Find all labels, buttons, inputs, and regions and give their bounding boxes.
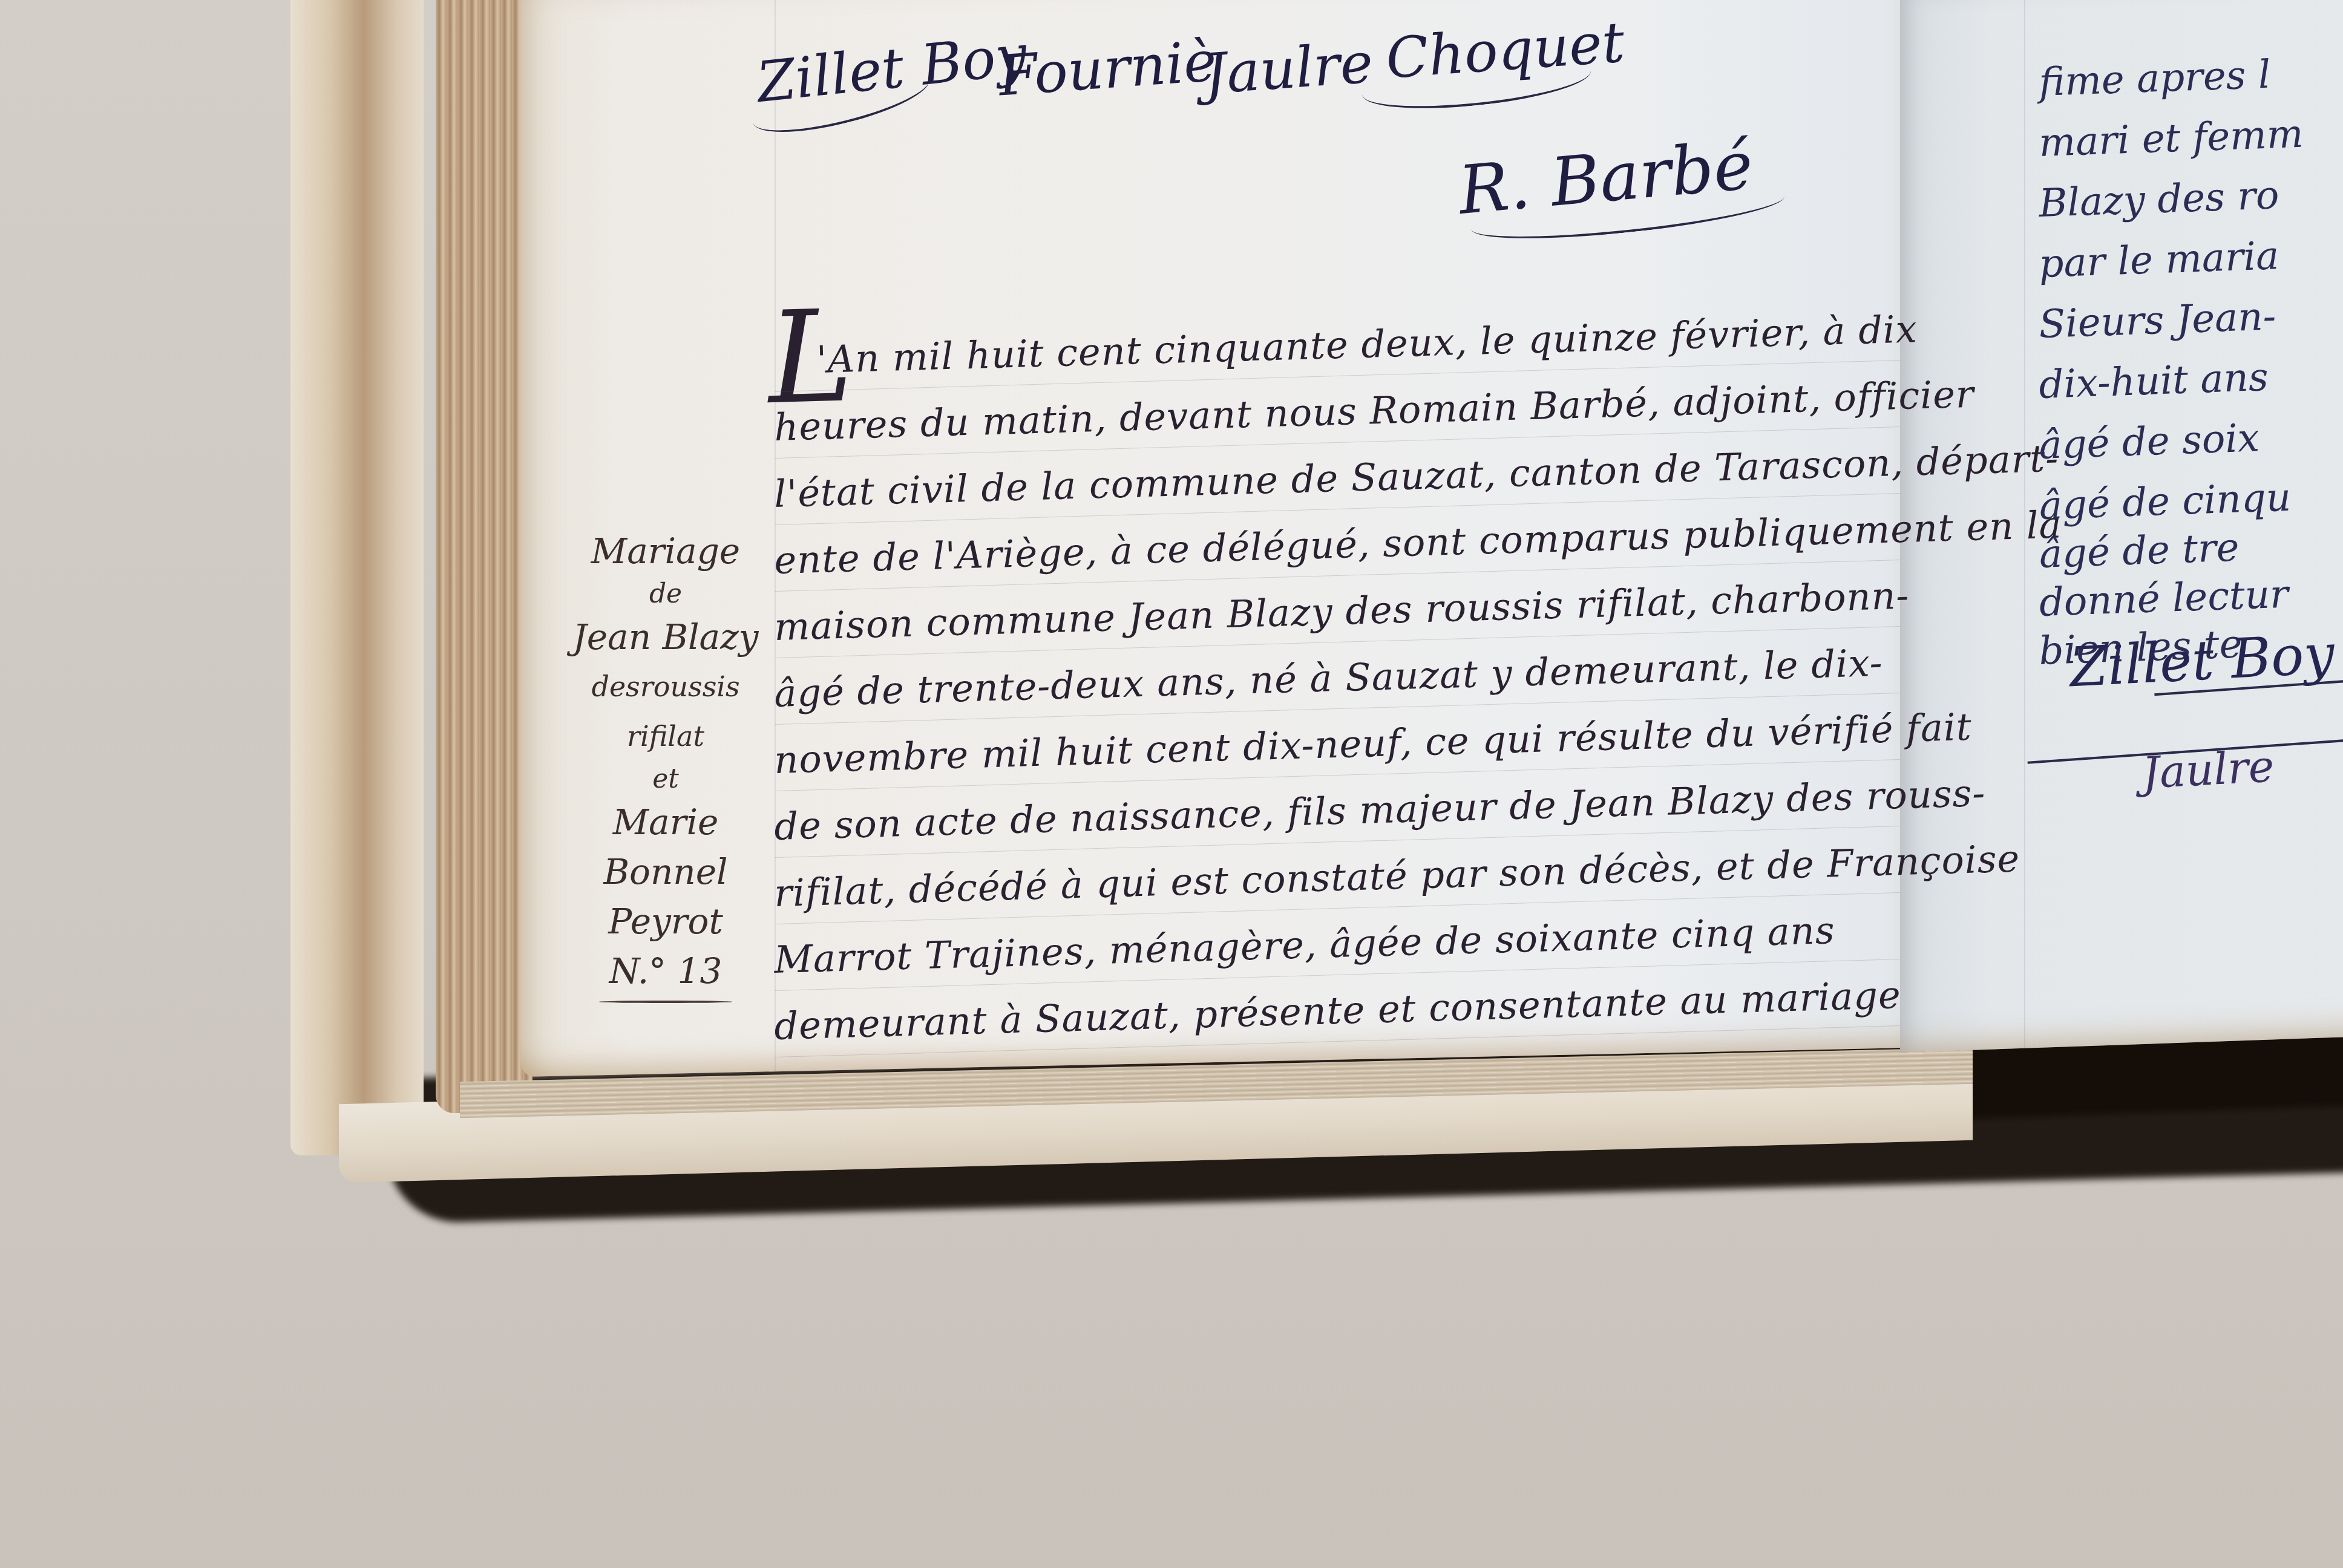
signature: Fourniè xyxy=(997,29,1219,109)
right-line: par le maria xyxy=(2038,231,2343,302)
margin-note: Mariage de Jean Blazy desroussis rifilat… xyxy=(557,526,775,1003)
margin-note-line: Marie Bonnel xyxy=(557,797,775,897)
margin-note-number: N.° 13 xyxy=(557,946,775,996)
right-line: Blazy des ro xyxy=(2038,171,2343,242)
signature: Jaulre xyxy=(2141,740,2275,798)
page-stack-edge xyxy=(436,0,532,1113)
book-cover-edge xyxy=(290,0,424,1155)
margin-note-line: desroussis rifilat xyxy=(557,662,775,761)
signature: Jaulre xyxy=(1202,30,1375,106)
margin-note-flourish xyxy=(599,1001,732,1003)
right-line: Sieurs Jean- xyxy=(2038,292,2343,363)
margin-note-line: Peyrot xyxy=(557,897,775,946)
right-line: fime apres l xyxy=(2038,50,2343,121)
margin-note-line: et xyxy=(557,761,775,797)
margin-note-line: Jean Blazy xyxy=(557,612,775,662)
right-line: âgé de soix xyxy=(2038,413,2343,484)
act-body: L 'An mil huit cent cinquante deux, le q… xyxy=(775,339,1900,1071)
right-line: dix-huit ans xyxy=(2038,352,2343,423)
right-page-text: fime apres l mari et femm Blazy des ro p… xyxy=(2039,60,2343,690)
margin-note-line: Mariage xyxy=(557,526,775,576)
top-signatures: Zillet Boy Fourniè Jaulre Choquet R. Bar… xyxy=(744,12,1882,206)
right-line: mari et femm xyxy=(2038,110,2343,181)
margin-note-line: de xyxy=(557,576,775,612)
